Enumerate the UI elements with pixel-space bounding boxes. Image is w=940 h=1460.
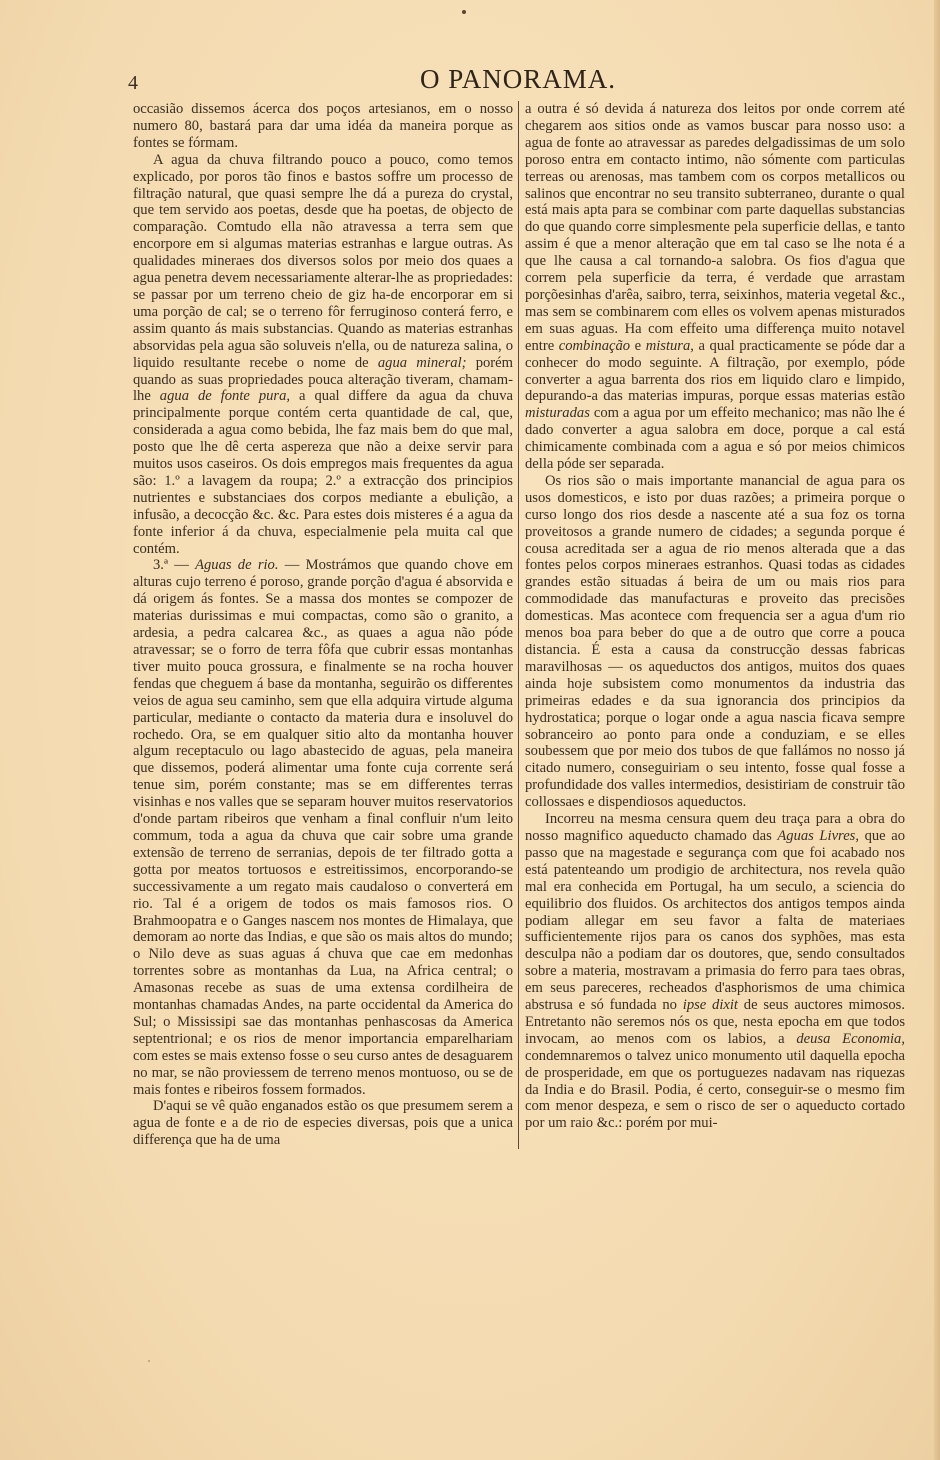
paragraph-text: Os rios são o mais importante manancial … — [525, 473, 905, 810]
paragraph-text: occasião dissemos ácerca dos poços artes… — [133, 101, 513, 151]
paragraph: 3.ª — Aguas de rio. — Mostrámos que quan… — [133, 557, 513, 1098]
italic-term: mistura — [646, 338, 691, 354]
page-header: 4 O PANORAMA. — [128, 64, 908, 100]
journal-title: O PANORAMA. — [128, 64, 908, 95]
paragraph: a outra é só devida á natureza dos leito… — [525, 101, 905, 473]
paragraph-text: a outra é só devida á natureza dos leito… — [525, 101, 905, 354]
paragraph-text: a qual differe da agua da chuva principa… — [133, 388, 513, 556]
paragraph-text: , que ao passo que na magestade e segura… — [525, 828, 905, 1013]
paragraph: Incorreu na mesma censura quem deu traça… — [525, 811, 905, 1132]
italic-term: ipse dixit — [683, 997, 738, 1013]
italic-term: misturadas — [525, 405, 590, 421]
italic-term: agua de fonte pura, — [160, 388, 290, 404]
article-body: occasião dissemos ácerca dos poços artes… — [133, 101, 905, 1149]
left-column: occasião dissemos ácerca dos poços artes… — [133, 101, 518, 1149]
italic-term: Aguas Livres — [777, 828, 855, 844]
ink-speck — [462, 10, 466, 14]
section-number: 3.ª — — [153, 557, 195, 573]
right-column: a outra é só devida á natureza dos leito… — [518, 101, 905, 1149]
paragraph: Os rios são o mais importante manancial … — [525, 473, 905, 811]
paragraph: A agua da chuva filtrando pouco a pouco,… — [133, 152, 513, 558]
paragraph-text: e — [630, 338, 646, 354]
paragraph-text: A agua da chuva filtrando pouco a pouco,… — [133, 152, 513, 371]
page-edge — [934, 0, 940, 1460]
paragraph: occasião dissemos ácerca dos poços artes… — [133, 101, 513, 152]
ink-speck — [148, 1360, 150, 1362]
italic-term: agua mineral; — [378, 355, 467, 371]
paragraph: D'aqui se vê quão enganados estão os que… — [133, 1098, 513, 1149]
paragraph-text: D'aqui se vê quão enganados estão os que… — [133, 1098, 513, 1148]
section-heading: Aguas de rio. — [195, 557, 278, 573]
italic-term: deusa Economia — [796, 1031, 901, 1047]
italic-term: combinação — [559, 338, 630, 354]
paragraph-text: — Mostrámos que quando chove em alturas … — [133, 557, 513, 1097]
